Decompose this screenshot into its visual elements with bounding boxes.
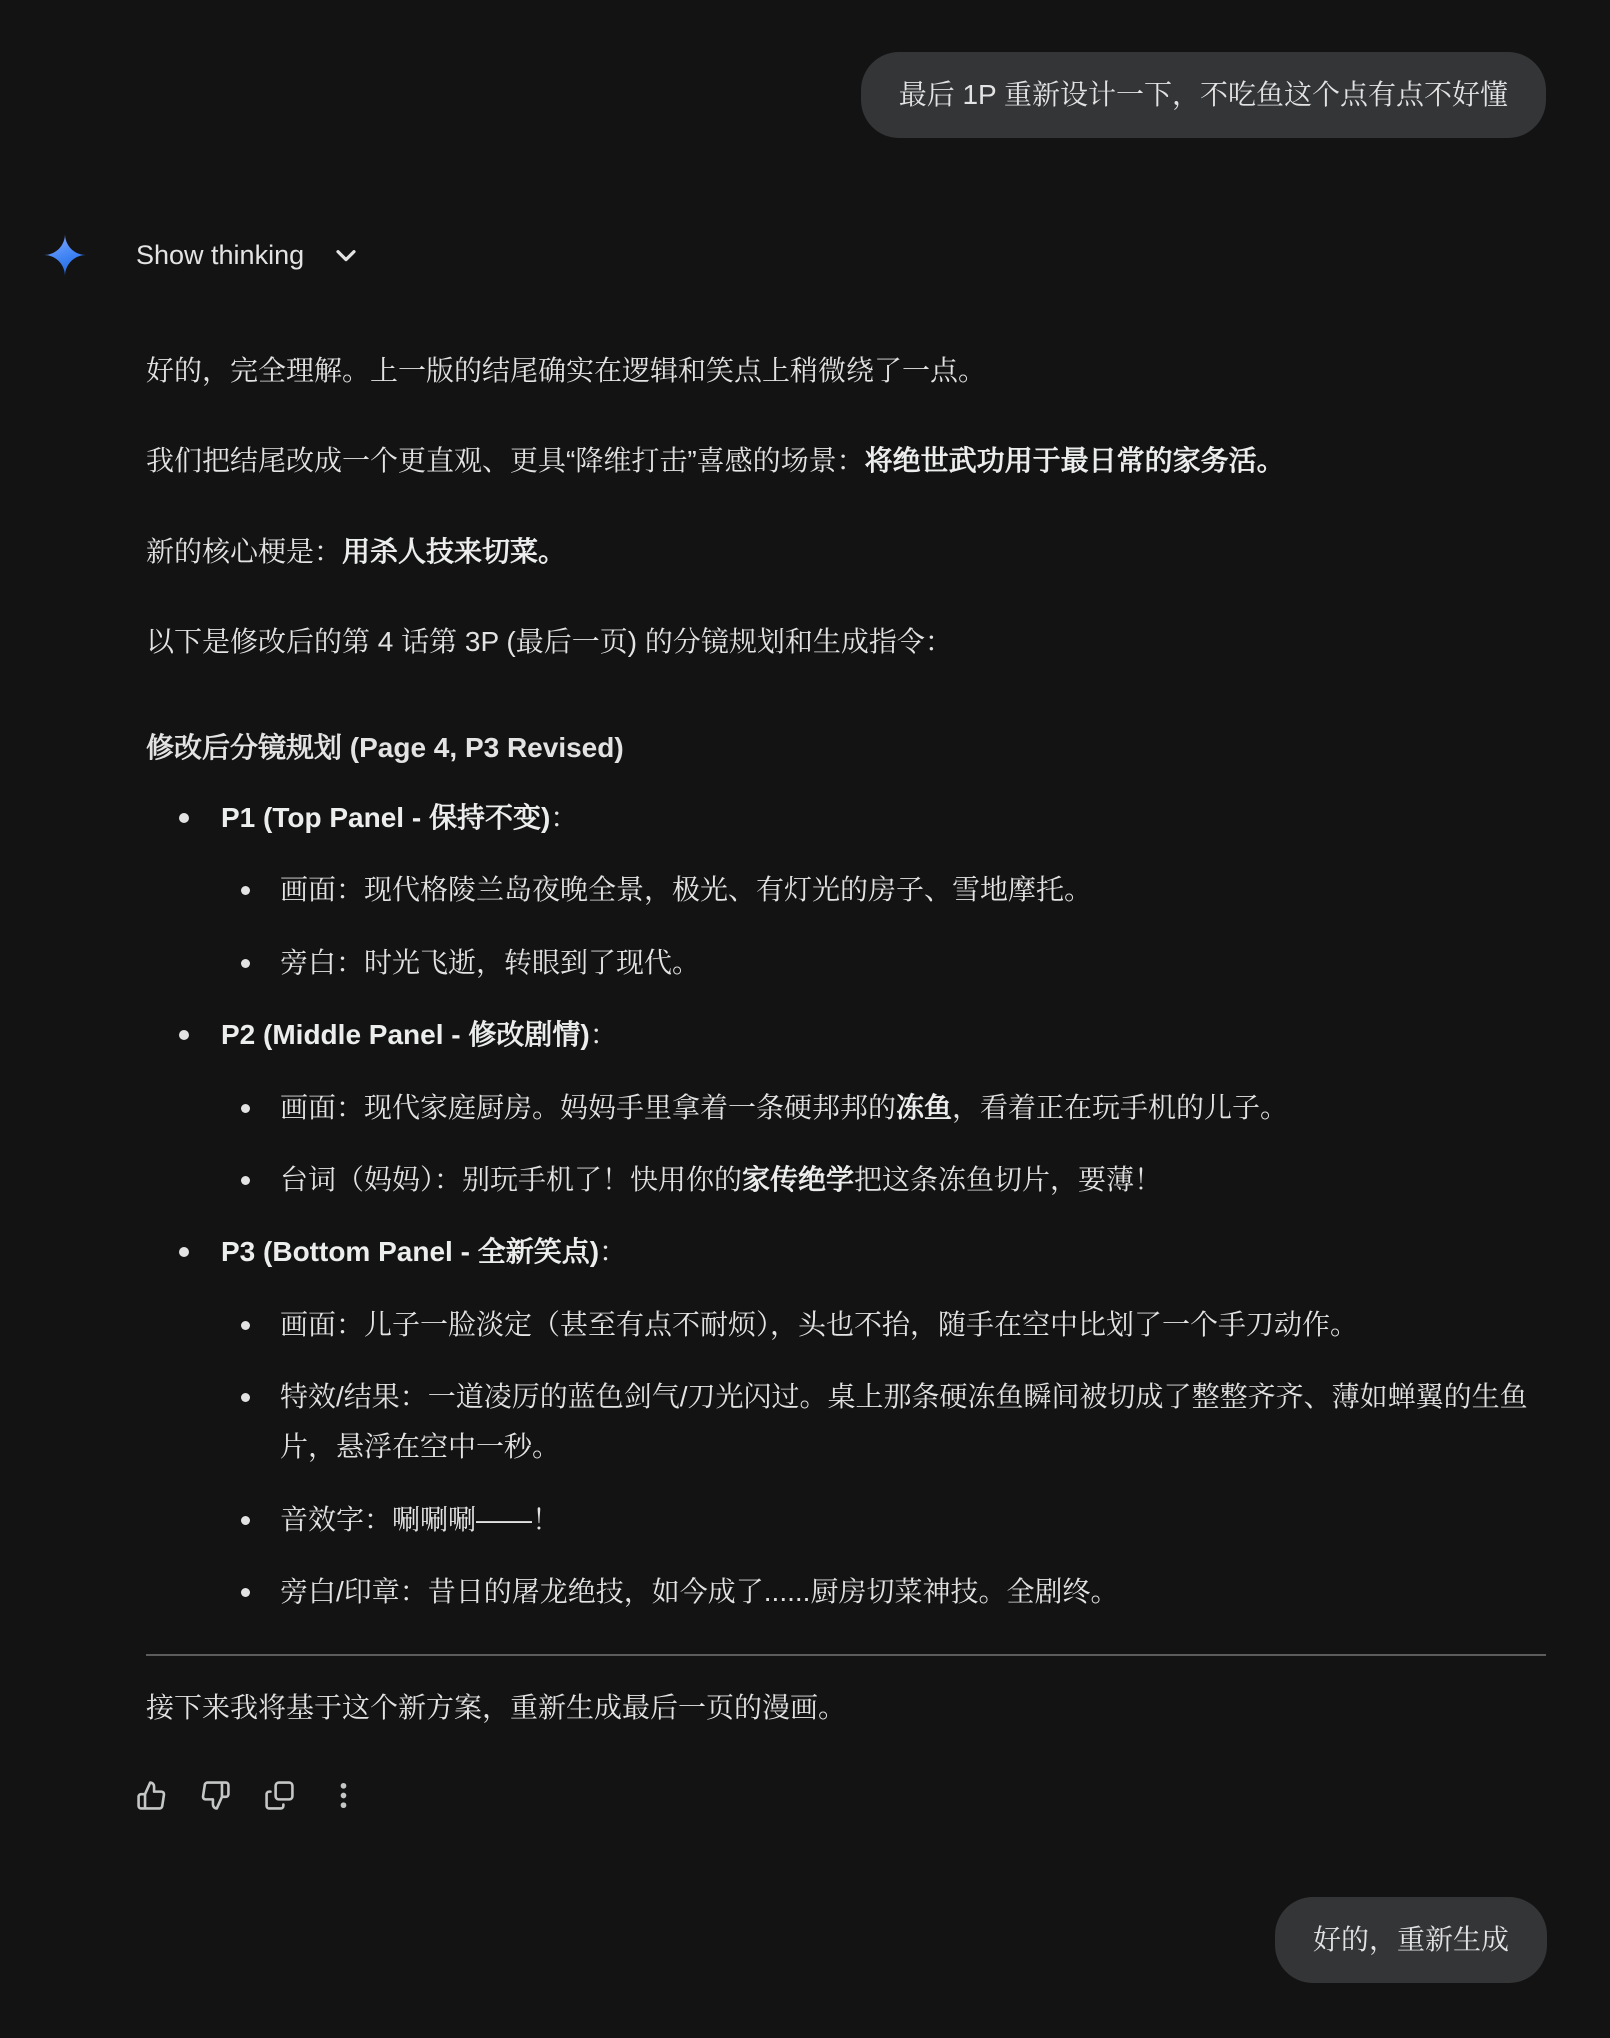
user-message-row-top: 最后 1P 重新设计一下，不吃鱼这个点有点不好懂 xyxy=(0,0,1610,138)
user-message-bubble: 好的，重新生成 xyxy=(1275,1897,1547,1983)
user-message-bubble: 最后 1P 重新设计一下，不吃鱼这个点有点不好懂 xyxy=(861,52,1546,138)
assistant-response: 好的，完全理解。上一版的结尾确实在逻辑和笑点上稍微绕了一点。 我们把结尾改成一个… xyxy=(146,346,1546,1821)
show-thinking-label[interactable]: Show thinking xyxy=(136,240,304,271)
response-actions xyxy=(127,1773,1546,1821)
panel-detail-item: 旁白：时光飞逝，转眼到了现代。 xyxy=(221,938,1546,988)
user-message-row-bottom: 好的，重新生成 xyxy=(0,1821,1610,1983)
divider xyxy=(146,1654,1546,1656)
panel-item: P1 (Top Panel - 保持不变)：画面：现代格陵兰岛夜晚全景，极光、有… xyxy=(146,793,1546,988)
panel-detail-list: 画面：儿子一脸淡定（甚至有点不耐烦），头也不抬，随手在空中比划了一个手刀动作。特… xyxy=(221,1300,1546,1618)
gemini-chat-page: 最后 1P 重新设计一下，不吃鱼这个点有点不好懂 Show thinking xyxy=(0,0,1610,1983)
text-segment: 我们把结尾改成一个更直观、更具“降维打击”喜感的场景： xyxy=(146,445,865,476)
panel-detail-list: 画面：现代格陵兰岛夜晚全景，极光、有灯光的房子、雪地摩托。旁白：时光飞逝，转眼到… xyxy=(221,865,1546,988)
assistant-paragraph-1: 好的，完全理解。上一版的结尾确实在逻辑和笑点上稍微绕了一点。 xyxy=(146,346,1546,396)
more-options-button[interactable] xyxy=(319,1773,367,1821)
text-segment: 新的核心梗是： xyxy=(146,536,342,567)
panel-detail-item: 特效/结果：一道凌厉的蓝色剑气/刀光闪过。桌上那条硬冻鱼瞬间被切成了整整齐齐、薄… xyxy=(221,1372,1546,1473)
panel-detail-item: 台词（妈妈）：别玩手机了！快用你的家传绝学把这条冻鱼切片，要薄！ xyxy=(221,1155,1546,1205)
chevron-down-icon[interactable] xyxy=(330,239,362,271)
thumbs-down-icon xyxy=(200,1780,231,1814)
copy-icon xyxy=(264,1780,295,1814)
panel-detail-item: 画面：现代格陵兰岛夜晚全景，极光、有灯光的房子、雪地摩托。 xyxy=(221,865,1546,915)
assistant-paragraph-2: 我们把结尾改成一个更直观、更具“降维打击”喜感的场景：将绝世武功用于最日常的家务… xyxy=(146,436,1546,486)
panel-item: P3 (Bottom Panel - 全新笑点)：画面：儿子一脸淡定（甚至有点不… xyxy=(146,1227,1546,1617)
text-segment-bold: 用杀人技来切菜。 xyxy=(342,536,566,567)
more-vertical-icon xyxy=(328,1780,359,1814)
text-segment-bold: 将绝世武功用于最日常的家务活。 xyxy=(865,445,1285,476)
panel-detail-list: 画面：现代家庭厨房。妈妈手里拿着一条硬邦邦的冻鱼，看着正在玩手机的儿子。台词（妈… xyxy=(221,1083,1546,1206)
copy-button[interactable] xyxy=(255,1773,303,1821)
panel-detail-item: 画面：现代家庭厨房。妈妈手里拿着一条硬邦邦的冻鱼，看着正在玩手机的儿子。 xyxy=(221,1083,1546,1133)
plan-list: P1 (Top Panel - 保持不变)：画面：现代格陵兰岛夜晚全景，极光、有… xyxy=(146,793,1546,1618)
thumbs-up-button[interactable] xyxy=(127,1773,175,1821)
gemini-sparkle-icon xyxy=(44,234,86,276)
assistant-paragraph-4: 以下是修改后的第 4 话第 3P (最后一页) 的分镜规划和生成指令： xyxy=(146,617,1546,667)
assistant-paragraph-3: 新的核心梗是：用杀人技来切菜。 xyxy=(146,527,1546,577)
show-thinking-toggle[interactable]: Show thinking xyxy=(44,234,1610,276)
panel-detail-item: 画面：儿子一脸淡定（甚至有点不耐烦），头也不抬，随手在空中比划了一个手刀动作。 xyxy=(221,1300,1546,1350)
panel-item: P2 (Middle Panel - 修改剧情)：画面：现代家庭厨房。妈妈手里拿… xyxy=(146,1010,1546,1205)
plan-heading: 修改后分镜规划 (Page 4, P3 Revised) xyxy=(146,723,1546,773)
panel-detail-item: 音效字：唰唰唰——！ xyxy=(221,1495,1546,1545)
panel-detail-item: 旁白/印章：昔日的屠龙绝技，如今成了......厨房切菜神技。全剧终。 xyxy=(221,1567,1546,1617)
closing-paragraph: 接下来我将基于这个新方案，重新生成最后一页的漫画。 xyxy=(146,1683,1546,1733)
thumbs-down-button[interactable] xyxy=(191,1773,239,1821)
thumbs-up-icon xyxy=(136,1780,167,1814)
